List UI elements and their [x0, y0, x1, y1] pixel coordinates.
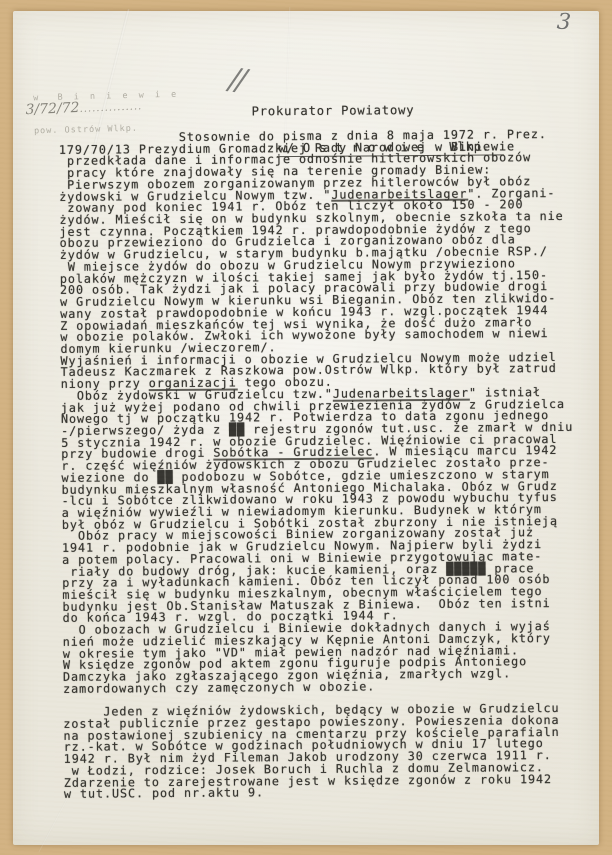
typewritten-body-text: Stosownie do pisma z dnia 8 maja 1972 r.…: [59, 129, 594, 801]
recipient-title: Prokurator Powiatowy: [252, 102, 504, 118]
reference-dotted-line: ...............: [79, 101, 142, 115]
reference-number-value: 3/72/72: [25, 100, 80, 118]
handwritten-slash-mark: //: [227, 62, 246, 99]
scanned-document-page: { "colors": { "frame": "#d2b282", "paper…: [0, 0, 612, 855]
handwritten-page-number: 3: [556, 10, 572, 36]
page-content: 3 w B i n i e w i e pow. Ostrów Wlkp. 3/…: [0, 0, 612, 855]
